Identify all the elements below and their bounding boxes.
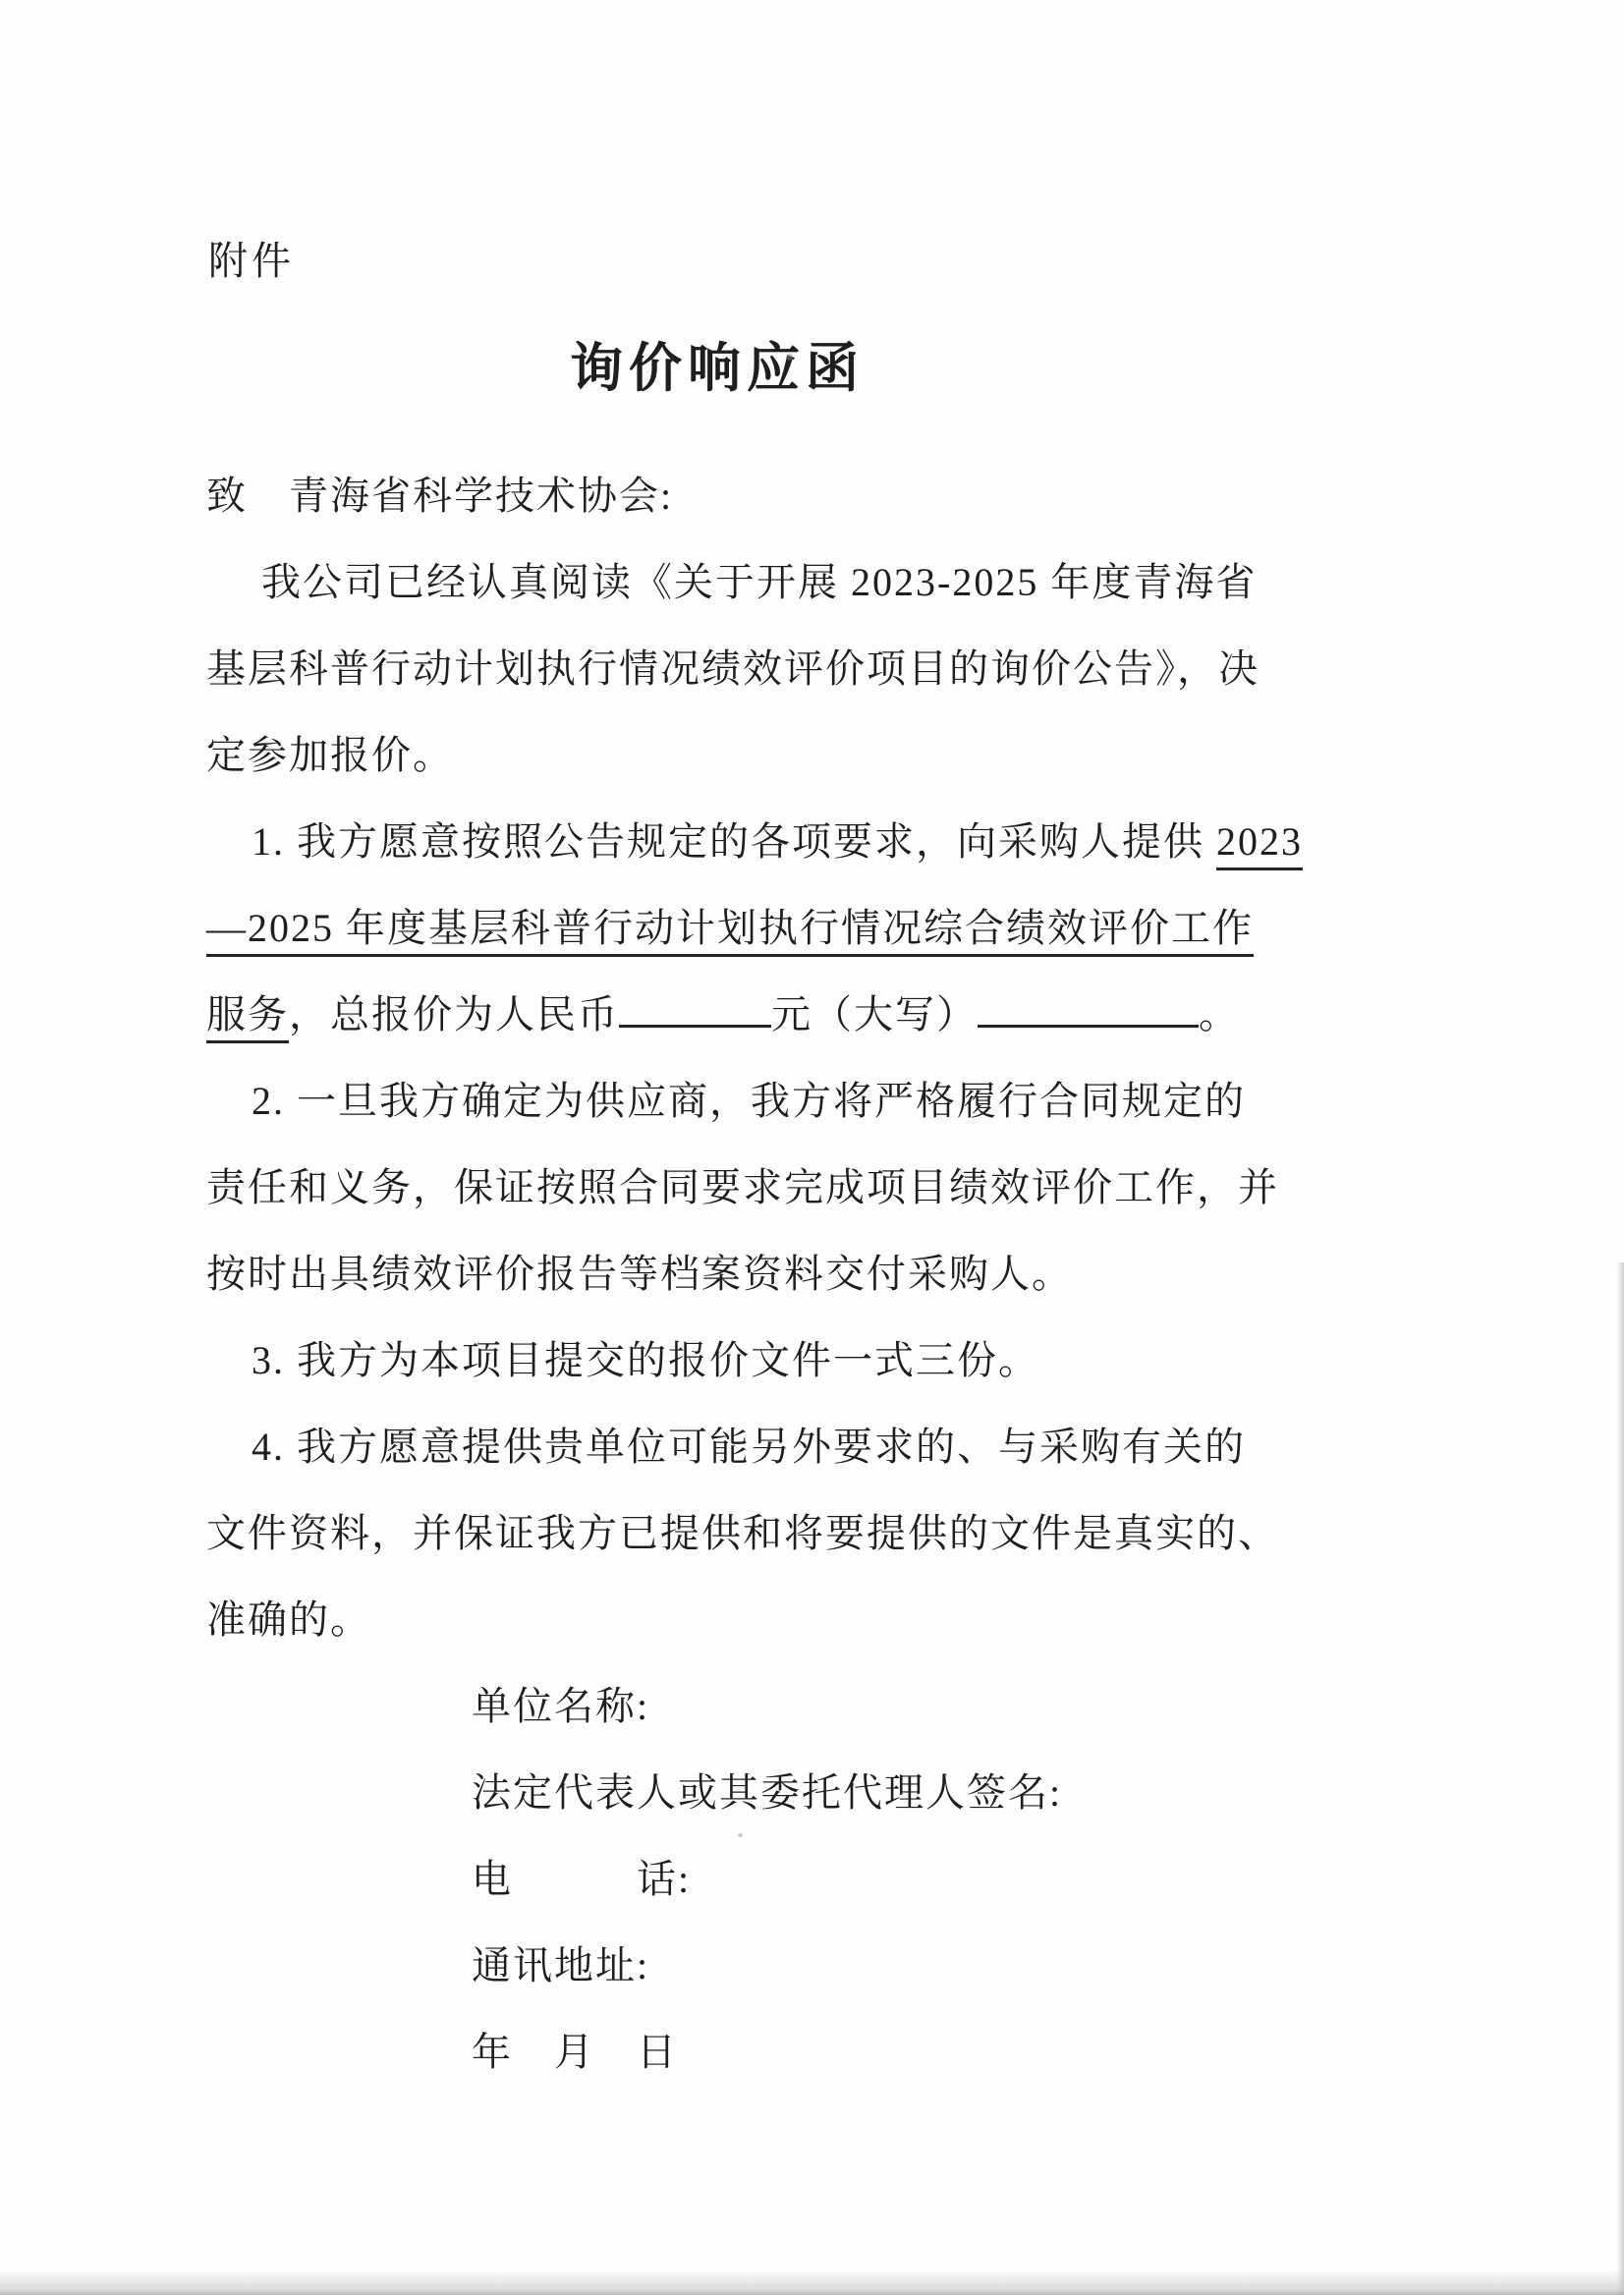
intro-line-1: 我公司已经认真阅读《关于开展 2023-2025 年度青海省 [206, 539, 1484, 626]
item1-line1-text: 1. 我方愿意按照公告规定的各项要求，向采购人提供 [252, 819, 1216, 864]
page-edge-shadow-bottom [0, 2269, 1624, 2295]
item1-line3-text2: 元（大写） [771, 992, 978, 1036]
item1-line-2: —2025 年度基层科普行动计划执行情况综合绩效评价工作 [206, 885, 1484, 972]
item4-line-1: 4. 我方愿意提供贵单位可能另外要求的、与采购有关的 [206, 1404, 1484, 1490]
item1-line3-period: 。 [1199, 992, 1240, 1036]
signature-representative-label: 法定代表人或其委托代理人签名: [206, 1750, 1484, 1836]
attachment-label: 附件 [208, 232, 295, 291]
page-background: 附件 询价响应函 致 青海省科学技术协会: 我公司已经认真阅读《关于开展 202… [0, 0, 1624, 2295]
intro-line-3: 定参加报价。 [206, 712, 1484, 799]
signature-phone-label: 电 话: [206, 1836, 1484, 1923]
item3-line-1: 3. 我方为本项目提交的报价文件一式三份。 [206, 1317, 1484, 1404]
intro-line-2: 基层科普行动计划执行情况绩效评价项目的询价公告》，决 [206, 626, 1484, 712]
item4-line-3: 准确的。 [206, 1577, 1484, 1663]
price-words-blank [978, 1019, 1199, 1028]
document-body: 致 青海省科学技术协会: 我公司已经认真阅读《关于开展 2023-2025 年度… [206, 453, 1484, 2096]
signature-date-label: 年 月 日 [206, 2009, 1484, 2096]
item2-line-1: 2. 一旦我方确定为供应商，我方将严格履行合同规定的 [206, 1058, 1484, 1145]
item2-line-3: 按时出具绩效评价报告等档案资料交付采购人。 [206, 1231, 1484, 1317]
salutation-line: 致 青海省科学技术协会: [206, 453, 1484, 539]
item4-line-2: 文件资料，并保证我方已提供和将要提供的文件是真实的、 [206, 1490, 1484, 1577]
scan-speck [738, 1833, 743, 1837]
signature-address-label: 通讯地址: [206, 1923, 1484, 2009]
item1-line1-underlined-year: 2023 [1216, 819, 1303, 870]
item1-line3-underlined: 服务 [206, 992, 289, 1043]
item1-line3-text: ，总报价为人民币 [289, 992, 619, 1036]
page-edge-shadow-right [1617, 1262, 1624, 2295]
item2-line-2: 责任和义务，保证按照合同要求完成项目绩效评价工作，并 [206, 1145, 1484, 1231]
scanned-document-page: { "document": { "attachment_label": "附件"… [0, 0, 1624, 2295]
item1-line-1: 1. 我方愿意按照公告规定的各项要求，向采购人提供 2023 [206, 799, 1484, 885]
document-title: 询价响应函 [206, 334, 1228, 403]
signature-company-label: 单位名称: [206, 1663, 1484, 1750]
item1-line-3: 服务，总报价为人民币元（大写）。 [206, 972, 1484, 1058]
item1-line2-underlined: —2025 年度基层科普行动计划执行情况综合绩效评价工作 [206, 906, 1254, 957]
scan-speck [786, 354, 793, 361]
price-amount-blank [619, 1019, 771, 1028]
